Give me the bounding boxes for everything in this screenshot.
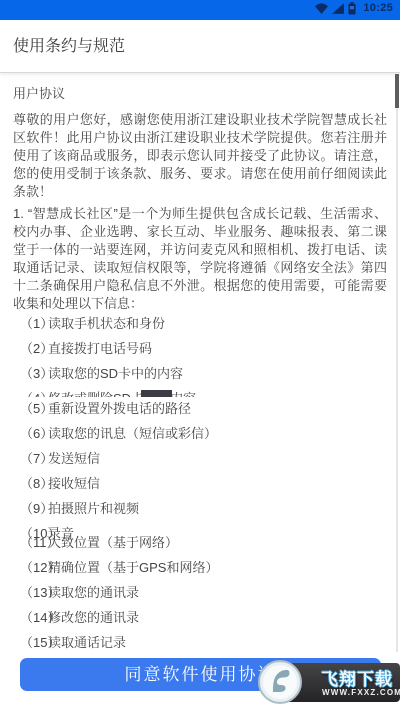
permission-label: 读取手机状态和身份 — [48, 315, 387, 332]
permission-label: 读取您的通讯录 — [48, 584, 387, 601]
title-bar: 使用条约与规范 — [0, 20, 400, 73]
page-title: 使用条约与规范 — [13, 36, 125, 58]
permission-number: （2） — [20, 340, 48, 357]
permission-item-11-overlapping: （11） 大致位置（基于网络） — [13, 534, 387, 551]
watermark-site-url: WWW.FXXZ.COM — [322, 688, 400, 697]
permission-label: 直接拨打电话号码 — [48, 340, 387, 357]
permission-item-3: （3） 读取您的SD卡中的内容 — [13, 365, 387, 382]
agreement-section-title: 用户协议 — [13, 85, 387, 103]
permission-number: （12） — [20, 559, 48, 576]
permission-item-13: （13） 读取您的通讯录 — [13, 584, 387, 601]
permission-number: （7） — [20, 450, 48, 467]
battery-icon — [348, 2, 356, 15]
agreement-clause-paragraph: 1. “智慧成长社区”是一个为师生提供包含成长记载、生活需求、校内办事、企业选聘… — [13, 205, 387, 313]
render-glitch-highlight — [141, 390, 172, 397]
permission-number: （11） — [20, 534, 48, 551]
permission-item-15: （15） 读取通话记录 — [13, 634, 387, 651]
permission-label: 接收短信 — [48, 475, 387, 492]
permission-item-1: （1） 读取手机状态和身份 — [13, 315, 387, 332]
permission-label: 发送短信 — [48, 450, 387, 467]
permission-label: 修改您的通讯录 — [48, 609, 387, 626]
permission-number: （15） — [20, 634, 48, 651]
cellular-signal-icon — [332, 3, 344, 14]
permission-number: （9） — [20, 500, 48, 517]
permission-item-12: （12） 精确位置（基于GPS和网络） — [13, 559, 387, 576]
fxxz-watermark: 飞翔下载 WWW.FXXZ.COM — [277, 663, 400, 702]
permission-label: 读取通话记录 — [48, 634, 387, 651]
permission-number: （5） — [20, 400, 48, 417]
permission-item-14: （14） 修改您的通讯录 — [13, 609, 387, 626]
agreement-intro-paragraph: 尊敬的用户您好，感谢您使用浙江建设职业技术学院智慧成长社区软件！此用户协议由浙江… — [13, 111, 387, 201]
permission-label: 读取您的SD卡中的内容 — [48, 365, 387, 382]
status-time: 10:25 — [363, 2, 393, 15]
agreement-content[interactable]: 用户协议 尊敬的用户您好，感谢您使用浙江建设职业技术学院智慧成长社区软件！此用户… — [0, 74, 400, 652]
permission-label: 修改或删除SD卡中的内容 — [48, 390, 387, 397]
permission-label: 拍摄照片和视频 — [48, 500, 387, 517]
wifi-icon — [315, 3, 328, 14]
permission-item-4-clipped: （4） 修改或删除SD卡中的内容 — [13, 390, 387, 397]
permission-label: 精确位置（基于GPS和网络） — [48, 559, 387, 576]
permission-list: （1） 读取手机状态和身份 （2） 直接拨打电话号码 （3） 读取您的SD卡中的… — [13, 315, 387, 652]
permission-number: （13） — [20, 584, 48, 601]
permission-label: 重新设置外拨电话的路径 — [48, 400, 387, 417]
permission-item-9: （9） 拍摄照片和视频 — [13, 500, 387, 517]
permission-number: （6） — [20, 425, 48, 442]
scrollbar-thumb[interactable] — [395, 74, 399, 108]
permission-label: 大致位置（基于网络） — [48, 534, 387, 551]
permission-number: （1） — [20, 315, 48, 332]
permission-item-6: （6） 读取您的讯息（短信或彩信） — [13, 425, 387, 442]
permission-item-7: （7） 发送短信 — [13, 450, 387, 467]
permission-item-2: （2） 直接拨打电话号码 — [13, 340, 387, 357]
permission-label: 读取您的讯息（短信或彩信） — [48, 425, 387, 442]
permission-number: （14） — [20, 609, 48, 626]
permission-item-5: （5） 重新设置外拨电话的路径 — [13, 400, 387, 417]
permission-number: （8） — [20, 475, 48, 492]
permission-number: （3） — [20, 365, 48, 382]
scrollbar-track — [396, 74, 398, 652]
permission-number: （4） — [20, 390, 48, 397]
permission-item-8: （8） 接收短信 — [13, 475, 387, 492]
status-bar: 10:25 — [0, 0, 400, 20]
status-icons: 10:25 — [315, 2, 393, 15]
watermark-site-name: 飞翔下载 — [321, 665, 397, 690]
fxxz-logo-icon — [258, 660, 302, 704]
